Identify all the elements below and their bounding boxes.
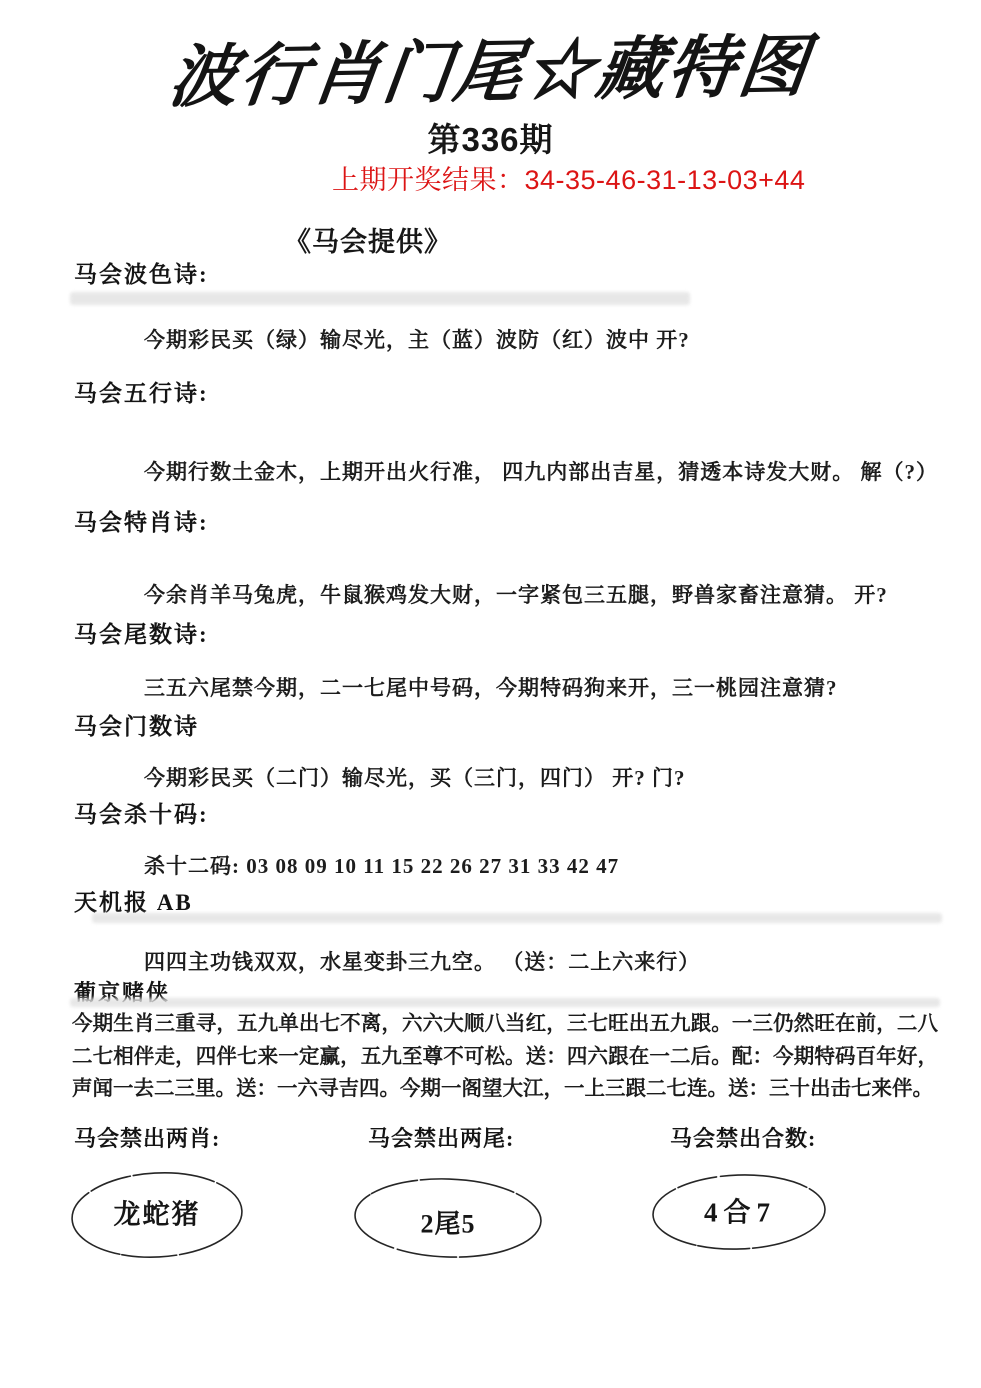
ban-value-sum: 4合7 <box>704 1191 776 1230</box>
provider-line: 《马会提供》 <box>284 220 452 259</box>
section-heading-bose: 马会波色诗: <box>74 256 209 289</box>
ban-value-zodiac: 龙蛇猪 <box>114 1193 201 1232</box>
last-draw-result-numbers: 34-35-46-31-13-03+44 <box>525 165 806 195</box>
ban-label-sum: 马会禁出合数: <box>670 1122 816 1153</box>
ghost-text-artifact <box>92 913 942 923</box>
section-poem-tianjibao: 四四主功钱双双，水星变卦三九空。 （送：二上六来行） <box>144 946 700 976</box>
pujing-paragraph: 今期生肖三重寻，五九单出七不离，六六大顺八当红，三七旺出五九跟。一三仍然旺在前，… <box>72 1008 938 1106</box>
section-heading-wuxing: 马会五行诗: <box>74 375 209 408</box>
section-poem-bose: 今期彩民买（绿）输尽光，主（蓝）波防（红）波中 开? <box>144 324 690 354</box>
last-draw-result-label: 上期开奖结果： <box>332 165 525 195</box>
section-poem-texiao: 今余肖羊马兔虎，牛鼠猴鸡发大财，一字紧包三五腿，野兽家畜注意猜。 开? <box>144 579 888 609</box>
issue-number: 第336期 <box>0 114 981 161</box>
section-heading-texiao: 马会特肖诗: <box>74 504 209 537</box>
ban-label-tail: 马会禁出两尾: <box>368 1122 514 1153</box>
last-draw-result: 上期开奖结果：34-35-46-31-13-03+44 <box>332 158 805 197</box>
ghost-text-artifact <box>70 292 690 305</box>
ban-label-zodiac: 马会禁出两肖: <box>74 1122 220 1153</box>
section-poem-wuxing: 今期行数土金木，上期开出火行准， 四九内部出吉星，猜透本诗发大财。 解（?） <box>144 456 938 486</box>
page-title-calligraphy: 波行肖门尾☆藏特图 <box>0 9 981 123</box>
section-heading-shashima: 马会杀十码: <box>74 796 209 829</box>
section-heading-menshu: 马会门数诗 <box>74 708 199 741</box>
section-poem-weishu: 三五六尾禁今期，二一七尾中号码，今期特码狗来开，三一桃园注意猜? <box>144 672 838 702</box>
tip-sheet-page: 波行肖门尾☆藏特图 第336期 上期开奖结果：34-35-46-31-13-03… <box>0 0 981 1388</box>
section-heading-weishu: 马会尾数诗: <box>74 616 209 649</box>
kill-numbers-line: 杀十二码: 03 08 09 10 11 15 22 26 27 31 33 4… <box>144 850 619 880</box>
section-poem-menshu: 今期彩民买（二门）输尽光，买（三门，四门） 开? 门? <box>144 762 686 792</box>
ban-value-tail: 2尾5 <box>420 1204 475 1241</box>
ghost-text-artifact <box>70 998 940 1007</box>
